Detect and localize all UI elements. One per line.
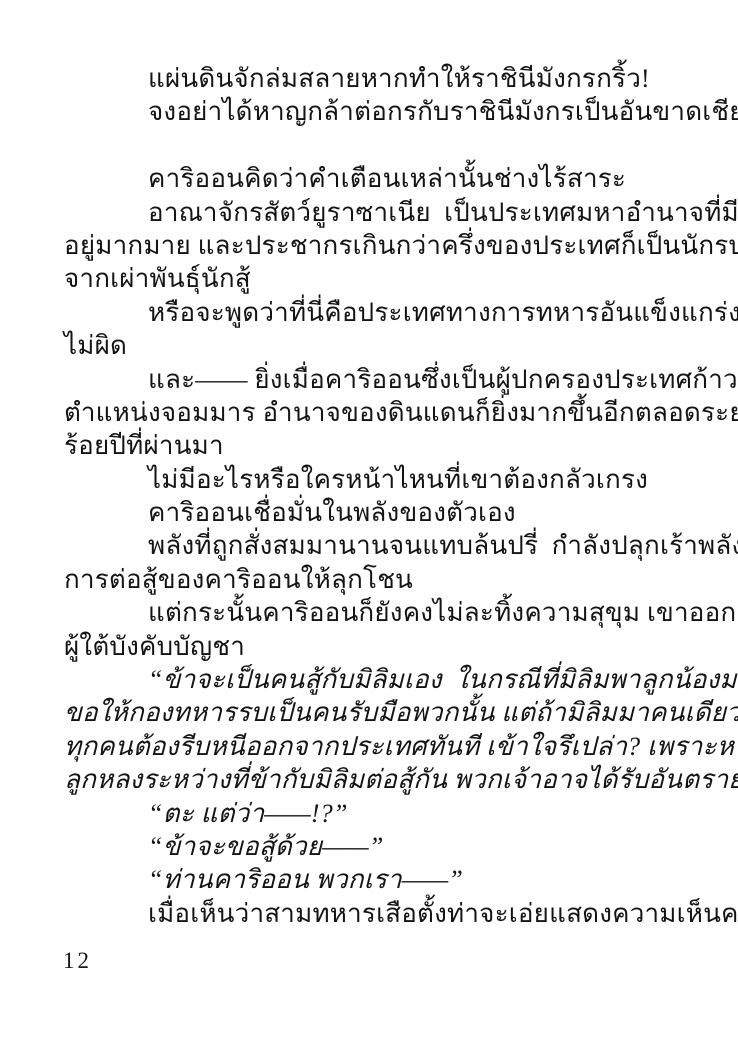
text-line: อาณาจักรสัตว์ยูราซาเนีย เป็นประเทศมหาอำน… xyxy=(64,196,676,229)
text-line: และ—— ยิ่งเมื่อคาริออนซึ่งเป็นผู้ปกครองป… xyxy=(64,363,676,396)
text-line: “ข้าจะเป็นคนสู้กับมิลิมเอง ในกรณีที่มิลิ… xyxy=(64,663,676,696)
text-line: เมื่อเห็นว่าสามทหารเสือตั้งท่าจะเอ่ยแสดง… xyxy=(64,897,676,930)
text-line: คาริออนคิดว่าคำเตือนเหล่านั้นช่างไร้สาระ xyxy=(64,162,676,195)
text-line: จงอย่าได้หาญกล้าต่อกรกับราชินีมังกรเป็นอ… xyxy=(64,95,676,128)
text-line: ไม่มีอะไรหรือใครหน้าไหนที่เขาต้องกลัวเกร… xyxy=(64,463,676,496)
page-text: แผ่นดินจักล่มสลายหากทำให้ราชินีมังกรกริ้… xyxy=(64,62,676,930)
page-number: 12 xyxy=(63,948,92,974)
text-line: “ท่านคาริออน พวกเรา——” xyxy=(64,863,676,896)
text-line: ทุกคนต้องรีบหนีออกจากประเทศทันที เข้าใจร… xyxy=(64,730,676,763)
text-line: หรือจะพูดว่าที่นี่คือประเทศทางการทหารอัน… xyxy=(64,296,676,329)
text-line: ร้อยปีที่ผ่านมา xyxy=(64,429,676,462)
text-line: แผ่นดินจักล่มสลายหากทำให้ราชินีมังกรกริ้… xyxy=(64,62,676,95)
text-line: จากเผ่าพันธุ์นักสู้ xyxy=(64,262,676,295)
blank-line xyxy=(64,129,676,162)
text-line: แต่กระนั้นคาริออนก็ยังคงไม่ละทิ้งความสุข… xyxy=(64,596,676,629)
text-line: ตำแหน่งจอมมาร อำนาจของดินแดนก็ยิ่งมากขึ้… xyxy=(64,396,676,429)
text-line: ขอให้กองทหารรบเป็นคนรับมือพวกนั้น แต่ถ้า… xyxy=(64,696,676,729)
text-line: คาริออนเชื่อมั่นในพลังของตัวเอง xyxy=(64,496,676,529)
text-line: ไม่ผิด xyxy=(64,329,676,362)
text-line: การต่อสู้ของคาริออนให้ลุกโชน xyxy=(64,563,676,596)
book-page: แผ่นดินจักล่มสลายหากทำให้ราชินีมังกรกริ้… xyxy=(0,0,738,1051)
text-line: “ข้าจะขอสู้ด้วย——” xyxy=(64,830,676,863)
text-line: ผู้ใต้บังคับบัญชา xyxy=(64,630,676,663)
text-line: ลูกหลงระหว่างที่ข้ากับมิลิมต่อสู้กัน พวก… xyxy=(64,763,676,796)
text-line: พลังที่ถูกสั่งสมมานานจนแทบล้นปรี่ กำลังป… xyxy=(64,529,676,562)
text-line: “ตะ แต่ว่า——!?” xyxy=(64,797,676,830)
text-line: อยู่มากมาย และประชากรเกินกว่าครึ่งของประ… xyxy=(64,229,676,262)
